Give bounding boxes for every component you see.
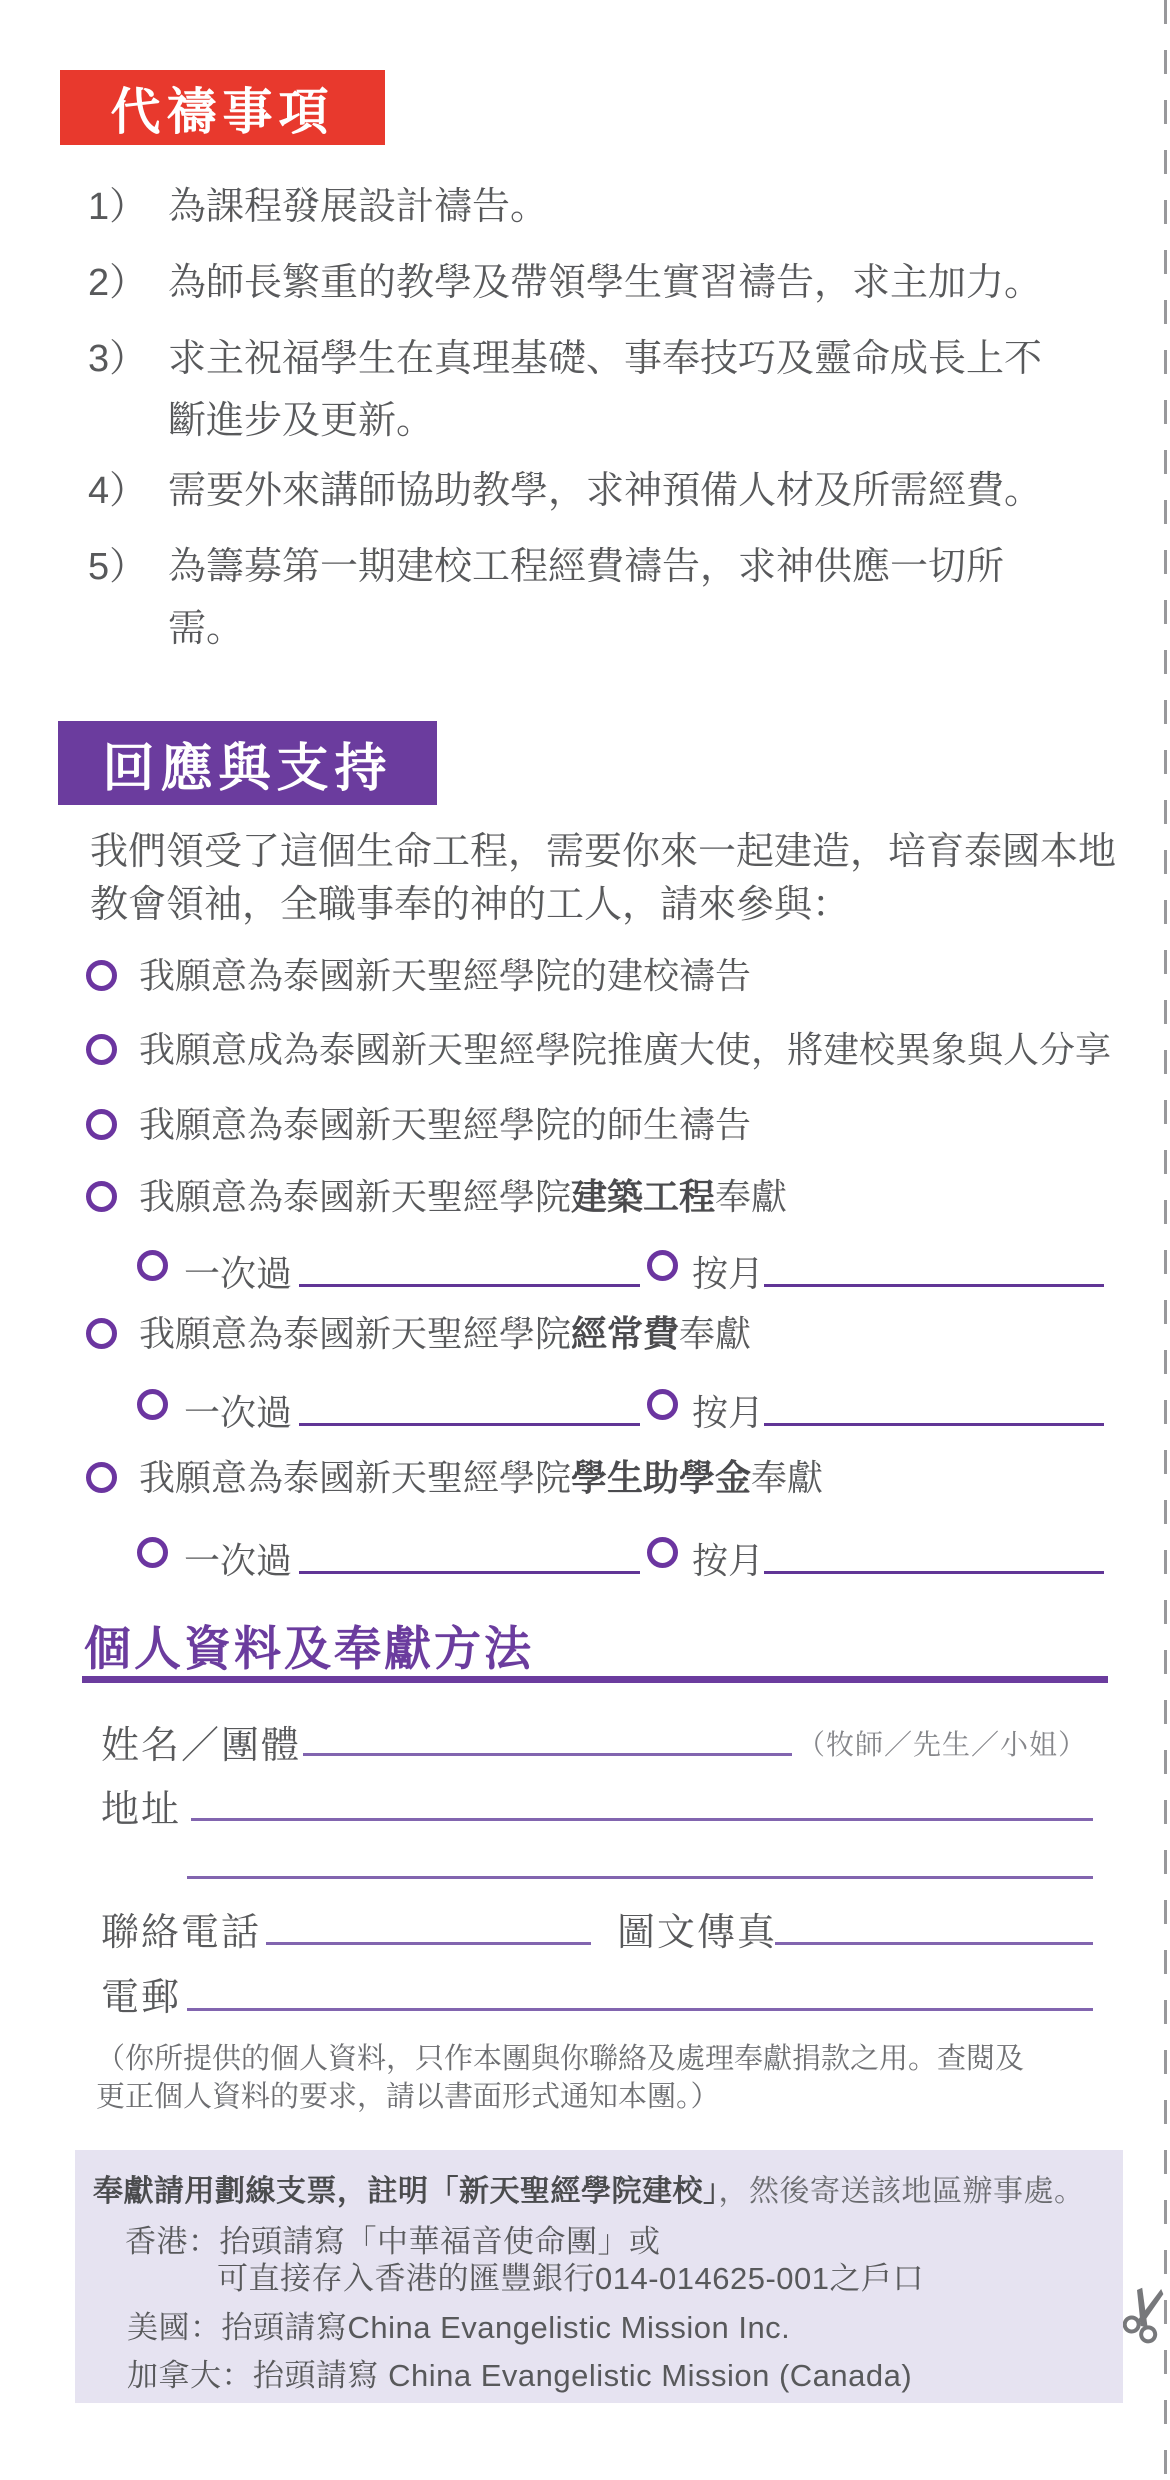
- prayer-item-number: 3）: [88, 328, 168, 452]
- email-field-blank[interactable]: [187, 2008, 1093, 2011]
- monthly-amount-blank[interactable]: [764, 1423, 1104, 1426]
- phone-field-blank[interactable]: [266, 1942, 591, 1945]
- prayer-item-text: 為課程發展設計禱告。: [168, 176, 1098, 238]
- prayer-item-text: 為籌募第一期建校工程經費禱告，求神供應一切所 需。: [168, 536, 1098, 660]
- response-section-badge: 回應與支持: [58, 721, 437, 805]
- once-amount-blank[interactable]: [299, 1284, 640, 1287]
- radio-circle-once[interactable]: [137, 1250, 168, 1281]
- option-pray-building[interactable]: 我願意為泰國新天聖經學院的建校禱告: [86, 956, 751, 996]
- prayer-section-title: 代禱事項: [111, 72, 335, 144]
- personal-section-rule: [82, 1676, 1108, 1683]
- once-label: 一次過: [184, 1246, 292, 1297]
- once-label: 一次過: [184, 1533, 292, 1584]
- option-label: 我願意為泰國新天聖經學院經常費奉獻: [139, 1314, 751, 1354]
- radio-circle[interactable]: [86, 1318, 117, 1349]
- option-donate-construction[interactable]: 我願意為泰國新天聖經學院建築工程奉獻: [86, 1177, 787, 1217]
- fax-field-blank[interactable]: [775, 1942, 1093, 1945]
- radio-circle-monthly[interactable]: [647, 1389, 678, 1420]
- prayer-item-text: 為師長繁重的教學及帶領學生實習禱告，求主加力。: [168, 252, 1098, 314]
- payment-hongkong-line2: 可直接存入香港的匯豐銀行014-014625-001之戶口: [217, 2253, 924, 2298]
- response-intro: 我們領受了這個生命工程，需要你來一起建造，培育泰國本地 教會領袖，全職事奉的神的…: [90, 826, 1130, 932]
- radio-circle-once[interactable]: [137, 1537, 168, 1568]
- privacy-note: （你所提供的個人資料，只作本團與你聯絡及處理奉獻捐款之用。查閱及 更正個人資料的…: [96, 2040, 1106, 2116]
- once-label: 一次過: [184, 1385, 292, 1436]
- radio-circle-once[interactable]: [137, 1389, 168, 1420]
- radio-circle-monthly[interactable]: [647, 1250, 678, 1281]
- option-label: 我願意為泰國新天聖經學院的建校禱告: [139, 956, 751, 996]
- once-amount-blank[interactable]: [299, 1423, 640, 1426]
- name-label: 姓名／團體: [101, 1714, 301, 1769]
- scholarship-amount-row: 一次過 按月: [137, 1531, 1107, 1577]
- option-label: 我願意成為泰國新天聖經學院推廣大使，將建校異象與人分享: [139, 1030, 1111, 1070]
- option-label: 我願意為泰國新天聖經學院建築工程奉獻: [139, 1177, 787, 1217]
- monthly-label: 按月: [692, 1533, 764, 1584]
- option-label: 我願意為泰國新天聖經學院學生助學金奉獻: [139, 1458, 823, 1498]
- radio-circle[interactable]: [86, 1181, 117, 1212]
- monthly-amount-blank[interactable]: [764, 1571, 1104, 1574]
- address-label: 地址: [101, 1778, 181, 1833]
- prayer-item-3: 3） 求主祝福學生在真理基礎、事奉技巧及靈命成長上不 斷進步及更新。: [88, 328, 1098, 452]
- option-donate-scholarship[interactable]: 我願意為泰國新天聖經學院學生助學金奉獻: [86, 1458, 823, 1498]
- cut-dashed-line: [1164, 0, 1167, 2480]
- prayer-item-2: 2） 為師長繁重的教學及帶領學生實習禱告，求主加力。: [88, 252, 1098, 314]
- monthly-label: 按月: [692, 1246, 764, 1297]
- fax-label: 圖文傳真: [617, 1901, 777, 1956]
- option-pray-staff[interactable]: 我願意為泰國新天聖經學院的師生禱告: [86, 1105, 751, 1145]
- recurrent-amount-row: 一次過 按月: [137, 1383, 1107, 1429]
- prayer-item-number: 1）: [88, 176, 168, 238]
- name-field-blank[interactable]: [303, 1753, 792, 1756]
- monthly-label: 按月: [692, 1385, 764, 1436]
- option-label: 我願意為泰國新天聖經學院的師生禱告: [139, 1105, 751, 1145]
- name-title-hint: （牧師／先生／小姐）: [797, 1723, 1087, 1763]
- response-section-title: 回應與支持: [102, 726, 392, 801]
- pamphlet-page: 代禱事項 1） 為課程發展設計禱告。 2） 為師長繁重的教學及帶領學生實習禱告，…: [0, 0, 1170, 2480]
- prayer-item-number: 5）: [88, 536, 168, 660]
- prayer-item-4: 4） 需要外來講師協助教學，求神預備人材及所需經費。: [88, 460, 1098, 522]
- payment-instructions-box: 奉獻請用劃線支票，註明「新天聖經學院建校」，然後寄送該地區辦事處。 香港：抬頭請…: [75, 2150, 1123, 2403]
- personal-section-title: 個人資料及奉獻方法: [84, 1612, 534, 1679]
- radio-circle[interactable]: [86, 1462, 117, 1493]
- payment-canada-line: 加拿大：抬頭請寫 China Evangelistic Mission (Can…: [127, 2350, 912, 2395]
- payment-usa-line: 美國：抬頭請寫China Evangelistic Mission Inc.: [127, 2302, 790, 2347]
- address-field-blank-line1[interactable]: [191, 1818, 1093, 1821]
- prayer-item-text: 求主祝福學生在真理基礎、事奉技巧及靈命成長上不 斷進步及更新。: [168, 328, 1098, 452]
- prayer-item-1: 1） 為課程發展設計禱告。: [88, 176, 1098, 238]
- payment-intro: 奉獻請用劃線支票，註明「新天聖經學院建校」，然後寄送該地區辦事處。: [93, 2166, 1085, 2210]
- prayer-item-5: 5） 為籌募第一期建校工程經費禱告，求神供應一切所 需。: [88, 536, 1098, 660]
- payment-intro-bold: 奉獻請用劃線支票，註明「新天聖經學院建校」: [93, 2175, 719, 2208]
- once-amount-blank[interactable]: [299, 1571, 640, 1574]
- prayer-item-number: 4）: [88, 460, 168, 522]
- address-field-blank-line2[interactable]: [187, 1876, 1093, 1879]
- email-label: 電郵: [101, 1966, 181, 2021]
- radio-circle-monthly[interactable]: [647, 1537, 678, 1568]
- prayer-item-text: 需要外來講師協助教學，求神預備人材及所需經費。: [168, 460, 1098, 522]
- construction-amount-row: 一次過 按月: [137, 1244, 1107, 1290]
- option-ambassador[interactable]: 我願意成為泰國新天聖經學院推廣大使，將建校異象與人分享: [86, 1030, 1111, 1070]
- radio-circle[interactable]: [86, 960, 117, 991]
- option-donate-recurrent[interactable]: 我願意為泰國新天聖經學院經常費奉獻: [86, 1314, 751, 1354]
- radio-circle[interactable]: [86, 1034, 117, 1065]
- payment-intro-rest: ，然後寄送該地區辦事處。: [719, 2175, 1085, 2208]
- radio-circle[interactable]: [86, 1109, 117, 1140]
- monthly-amount-blank[interactable]: [764, 1284, 1104, 1287]
- prayer-item-number: 2）: [88, 252, 168, 314]
- prayer-section-badge: 代禱事項: [60, 70, 385, 145]
- phone-label: 聯絡電話: [101, 1901, 261, 1956]
